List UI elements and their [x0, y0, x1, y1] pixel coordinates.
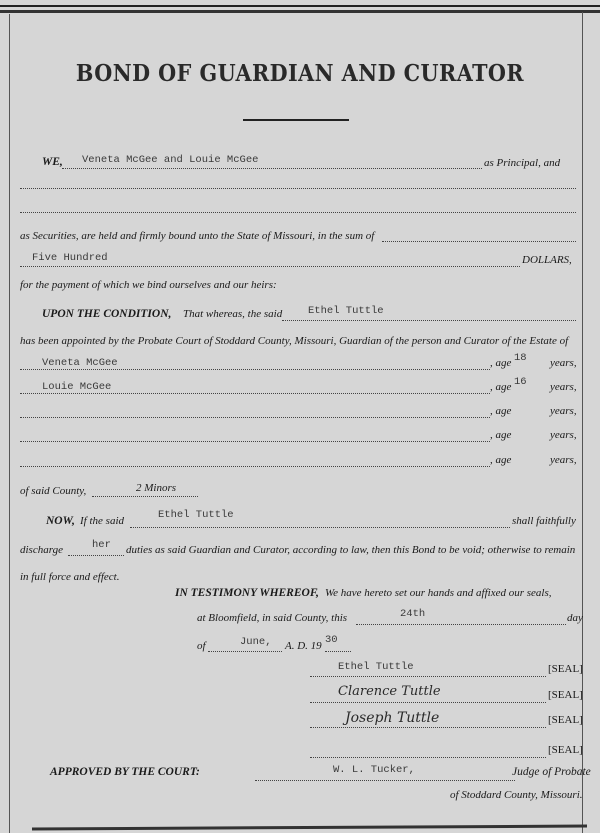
signature-line	[310, 727, 546, 728]
document-page: BOND OF GUARDIAN AND CURATOR WE, Veneta …	[0, 0, 600, 833]
ward-line	[20, 466, 490, 467]
force-text: in full force and effect.	[20, 571, 119, 583]
day-label: day	[567, 612, 583, 624]
judge-line	[255, 780, 515, 781]
principal-suffix: as Principal, and	[484, 157, 560, 169]
ward-age: 18	[514, 352, 527, 364]
seal-label: [SEAL]	[548, 663, 583, 675]
jurisdiction: of Stoddard County, Missouri.	[450, 789, 583, 801]
now-suffix: shall faithfully	[512, 515, 576, 527]
year-line	[325, 651, 351, 652]
seal-label: [SEAL]	[548, 689, 583, 701]
dollars-label: DOLLARS,	[522, 254, 572, 266]
years-label: years,	[550, 429, 577, 441]
ward-line	[20, 393, 490, 394]
ward-age: 16	[514, 376, 527, 388]
age-label: , age	[490, 454, 511, 466]
payment-text: for the payment of which we bind ourselv…	[20, 279, 277, 291]
minors-count: 2 Minors	[136, 482, 176, 494]
seal-label: [SEAL]	[548, 744, 583, 756]
discharge-text: discharge	[20, 544, 63, 556]
bottom-rule	[32, 825, 587, 831]
judge-name: W. L. Tucker,	[333, 764, 415, 776]
ward-name: Veneta McGee	[42, 357, 118, 369]
ward-name: Louie McGee	[42, 381, 111, 393]
condition-lead: UPON THE CONDITION,	[42, 308, 171, 320]
year-value: 30	[325, 634, 338, 646]
title-underline	[243, 119, 349, 121]
signature-line	[310, 757, 546, 758]
appointed-text: has been appointed by the Probate Court …	[20, 335, 568, 347]
principal-line	[62, 168, 482, 169]
years-label: years,	[550, 381, 577, 393]
date-of: of	[197, 640, 206, 652]
signature-line	[310, 702, 546, 703]
principal-names: Veneta McGee and Louie McGee	[82, 154, 258, 166]
we-label: WE,	[42, 156, 63, 168]
month-value: June,	[240, 636, 272, 648]
month-line	[208, 651, 282, 652]
pronoun-line	[68, 555, 124, 556]
age-label: , age	[490, 381, 511, 393]
judge-title: Judge of Probate	[512, 766, 591, 778]
blank-line	[20, 188, 576, 189]
county-line	[92, 496, 198, 497]
now-text: If the said	[80, 515, 124, 527]
years-label: years,	[550, 357, 577, 369]
sum-amount: Five Hundred	[32, 252, 108, 264]
age-label: , age	[490, 429, 511, 441]
signature-line	[310, 676, 546, 677]
testimony-lead: IN TESTIMONY WHEREOF,	[175, 587, 319, 599]
day-line	[356, 624, 566, 625]
county-text: of said County,	[20, 485, 86, 497]
now-line	[130, 527, 510, 528]
left-border	[9, 14, 10, 833]
document-title: BOND OF GUARDIAN AND CURATOR	[30, 60, 570, 87]
place-text: at Bloomfield, in said County, this	[197, 612, 347, 624]
signature-handwritten: Clarence Tuttle	[338, 684, 441, 699]
sum-line	[382, 241, 576, 242]
top-border-rule	[0, 5, 600, 7]
ad-label: A. D. 19	[285, 640, 322, 652]
years-label: years,	[550, 405, 577, 417]
right-border	[582, 12, 583, 833]
approval-label: APPROVED BY THE COURT:	[50, 766, 200, 778]
discharge-rest: duties as said Guardian and Curator, acc…	[126, 544, 575, 556]
testimony-text: We have hereto set our hands and affixed…	[325, 587, 552, 599]
guardian-line	[282, 320, 576, 321]
ward-line	[20, 441, 490, 442]
ward-line	[20, 417, 490, 418]
now-name: Ethel Tuttle	[158, 509, 234, 521]
guardian-name: Ethel Tuttle	[308, 305, 384, 317]
signature-handwritten: Joseph Tuttle	[345, 710, 439, 726]
years-label: years,	[550, 454, 577, 466]
age-label: , age	[490, 357, 511, 369]
top-border-rule-thick	[0, 10, 600, 13]
blank-line	[20, 212, 576, 213]
amount-line	[20, 266, 520, 267]
seal-label: [SEAL]	[548, 714, 583, 726]
condition-text: That whereas, the said	[183, 308, 282, 320]
securities-text: as Securities, are held and firmly bound…	[20, 230, 374, 242]
discharge-pronoun: her	[92, 539, 111, 551]
day-value: 24th	[400, 608, 425, 620]
signature-typed: Ethel Tuttle	[338, 661, 414, 673]
age-label: , age	[490, 405, 511, 417]
ward-line	[20, 369, 490, 370]
now-lead: NOW,	[46, 515, 75, 527]
